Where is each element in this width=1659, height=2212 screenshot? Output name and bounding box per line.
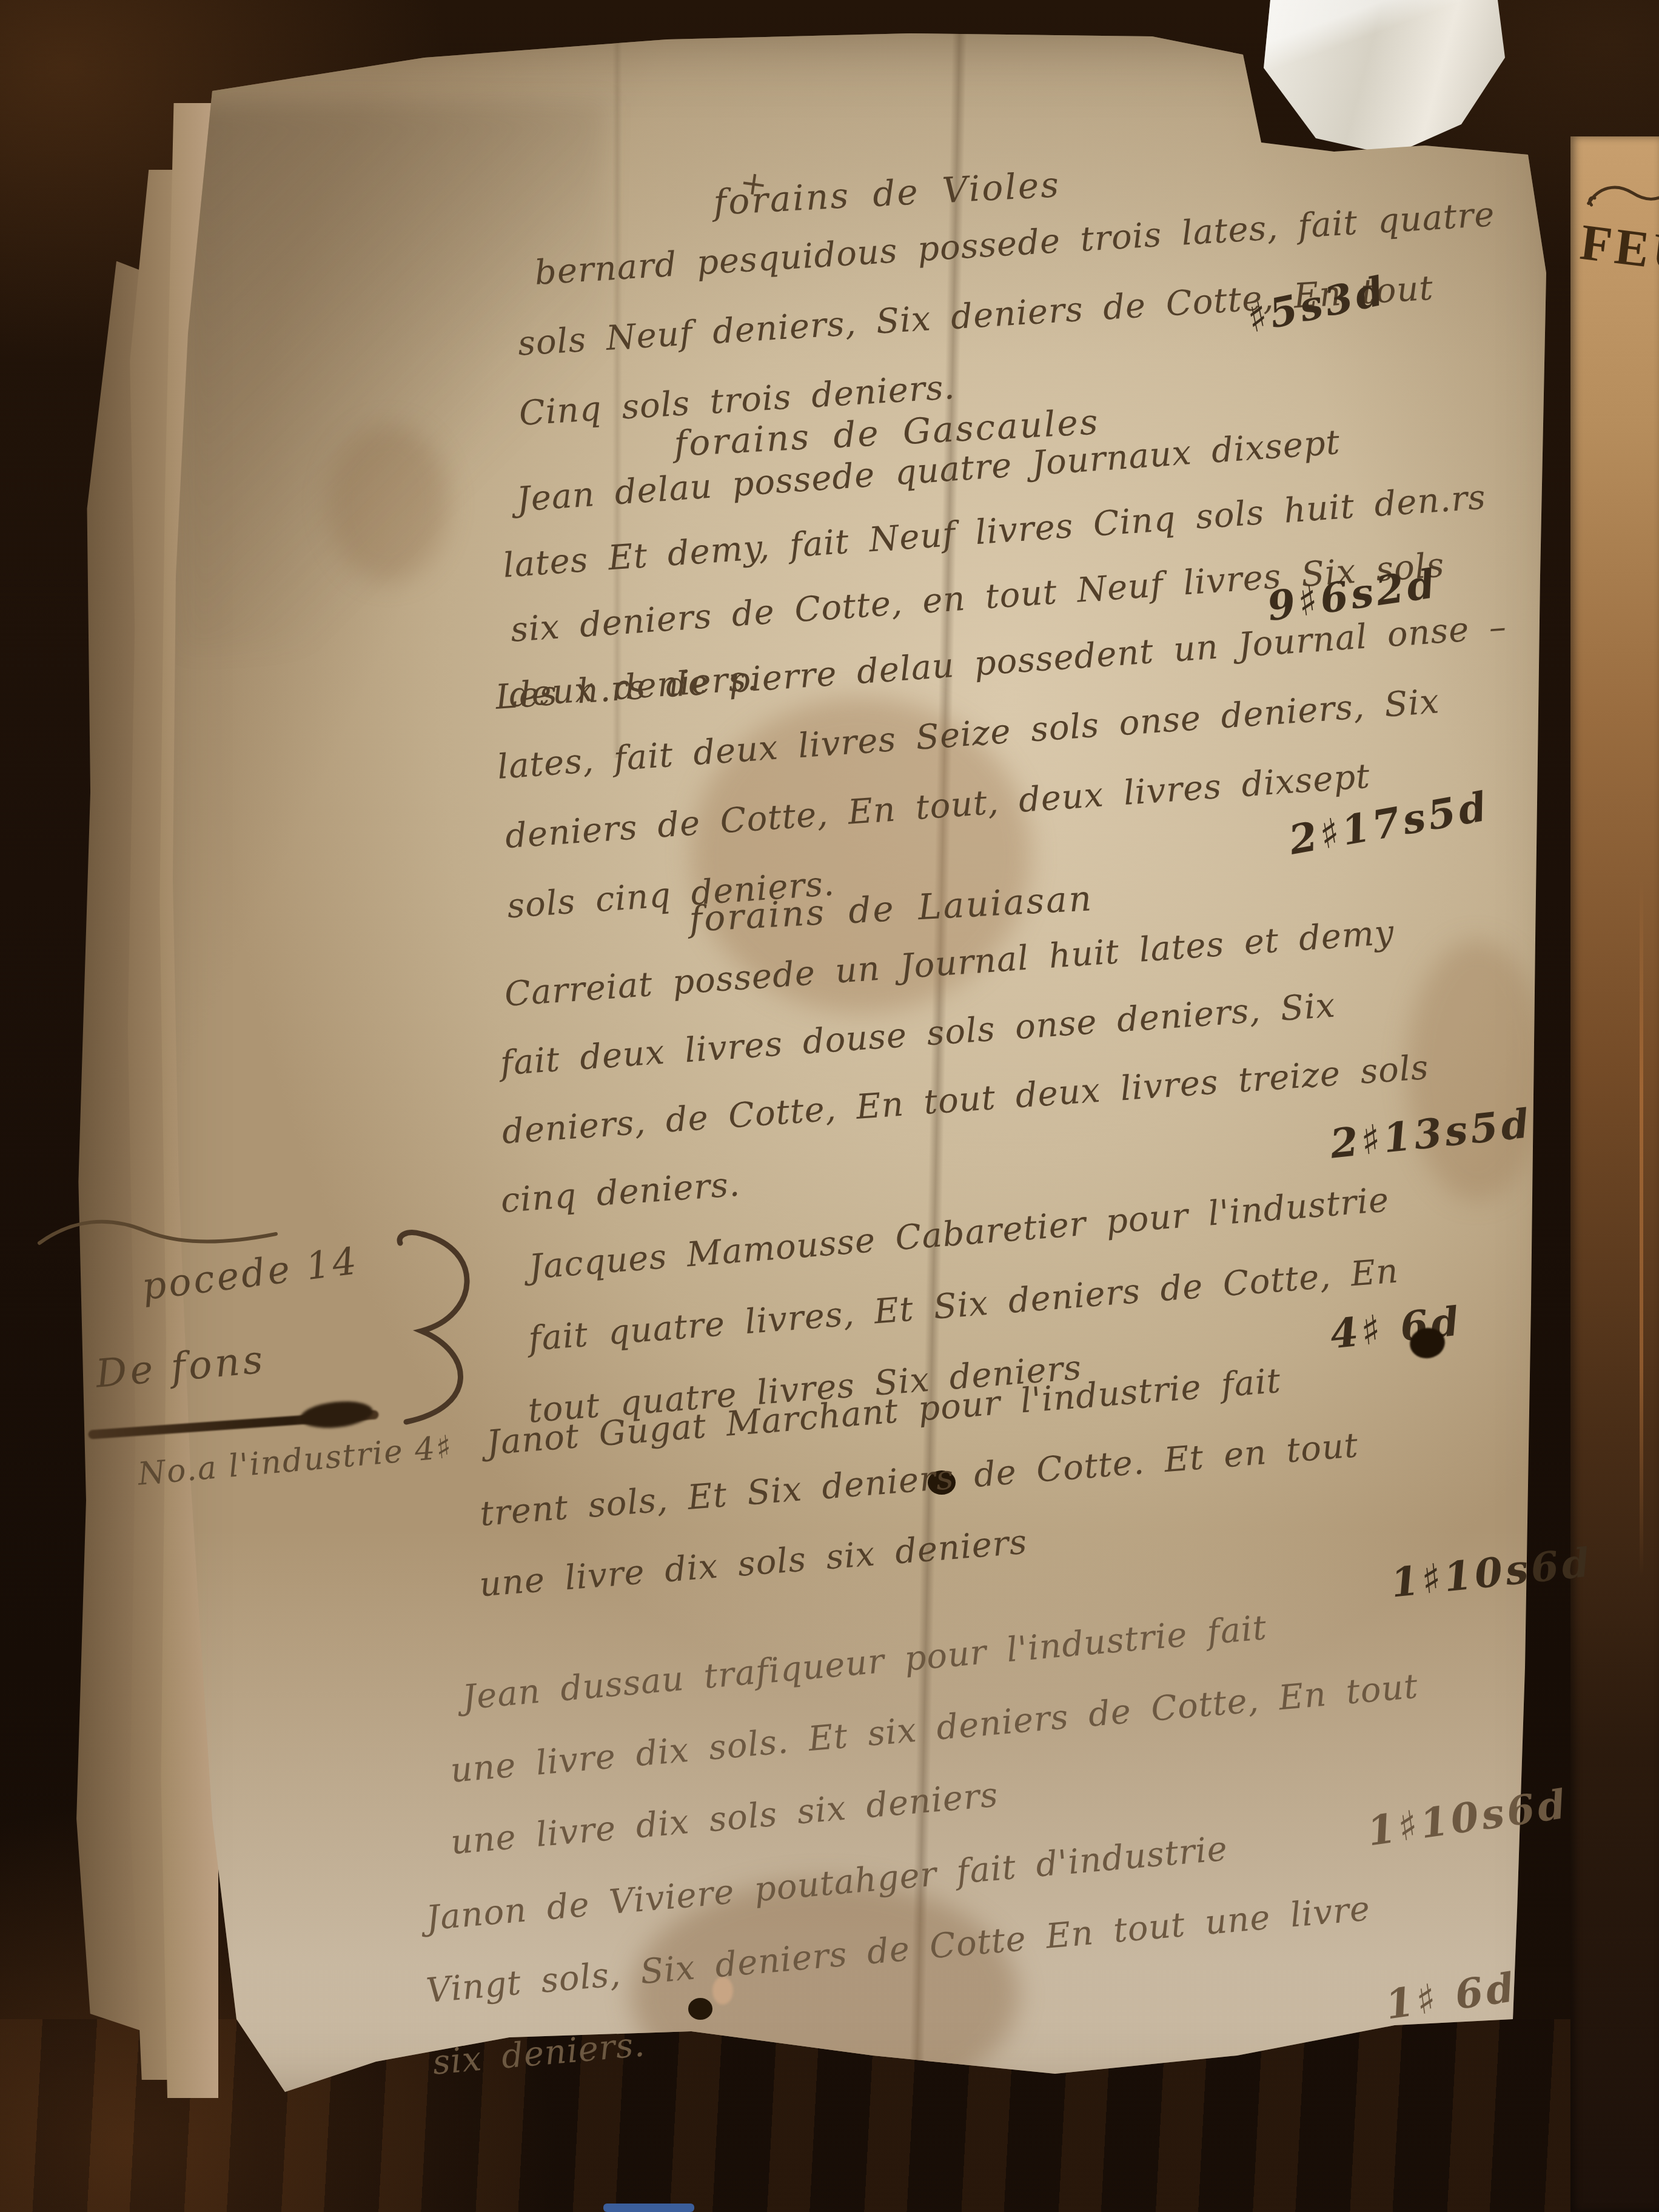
manuscript-photo: FEU + forains de Violes bernard pesquido… (0, 0, 1659, 2212)
amount-annotation: 1♯10s6d (1389, 1538, 1595, 1606)
adjacent-page-print: FEU (1577, 174, 1659, 287)
adjacent-page-inner-edge (1640, 879, 1643, 1577)
margin-note-line: No.a l'industrie 4♯ (136, 1429, 454, 1493)
adjacent-page-edge (1570, 136, 1659, 2212)
amount-annotation: 1♯ 6d (1382, 1963, 1520, 2029)
margin-ink-smear (299, 1398, 374, 1431)
margin-brace-icon (388, 1225, 485, 1425)
margin-flourish-line (36, 1210, 279, 1258)
handwriting-layer: + forains de Violes bernard pesquidous p… (146, 30, 1583, 2110)
blue-object-edge (603, 2204, 694, 2212)
